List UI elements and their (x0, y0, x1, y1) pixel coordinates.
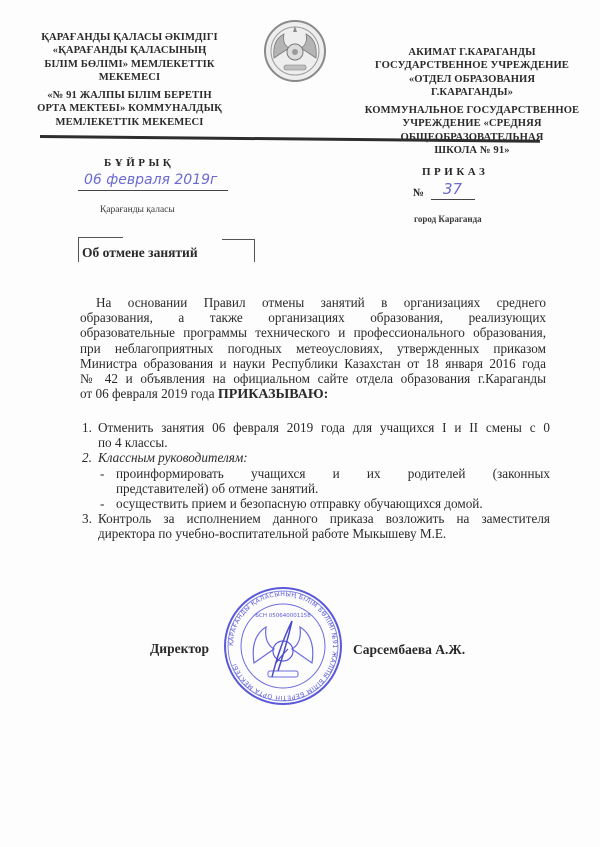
state-emblem-icon (262, 18, 328, 84)
order-keyword: ПРИКАЗЫВАЮ: (218, 387, 328, 402)
preamble-last-line: от 06 февраля 2019 года ПРИКАЗЫВАЮ: (80, 386, 546, 402)
order-subitem-2: - осуществить прием и безопасную отправк… (78, 496, 550, 511)
subject-corner-right (222, 239, 255, 262)
item-number: 3. (82, 511, 92, 526)
order-number-label: № (413, 187, 424, 199)
order-number-handwritten: 37 (443, 180, 462, 198)
preamble-line: образовательные программы технического и… (80, 325, 546, 340)
order-title-kz: БҰЙРЫҚ (104, 157, 174, 169)
preamble-line: образования, а также организациях образо… (80, 310, 546, 325)
subitem-line: осуществить прием и безопасную отправку … (116, 496, 483, 511)
order-number-line: 37 (431, 182, 475, 200)
header-line: ШКОЛА № 91» (362, 144, 582, 157)
order-title-ru: ПРИКАЗ (422, 166, 488, 178)
order-city-kz: Қарағанды қаласы (100, 205, 175, 215)
preamble-line: при неблагоприятных погодных метеоуслови… (80, 341, 546, 356)
subject-title: Об отмене занятий (82, 245, 198, 261)
header-line: УЧРЕЖДЕНИЕ «СРЕДНЯЯ (362, 117, 582, 130)
header-right-ru: АКИМАТ Г.КАРАГАНДЫ ГОСУДАРСТВЕННОЕ УЧРЕЖ… (362, 46, 582, 162)
item-number: 2. (82, 450, 92, 465)
header-line: ГОСУДАРСТВЕННОЕ УЧРЕЖДЕНИЕ (362, 59, 582, 72)
item-number: 1. (82, 420, 92, 435)
order-date-handwritten: 06 февраля 2019г (84, 172, 217, 188)
header-line: «№ 91 ЖАЛПЫ БІЛІМ БЕРЕТІН (22, 89, 237, 102)
preamble-line: На основании Правил отмены занятий в орг… (80, 295, 546, 310)
preamble-line: Министра образования и науки Республики … (80, 356, 546, 371)
header-right-block1: АКИМАТ Г.КАРАГАНДЫ ГОСУДАРСТВЕННОЕ УЧРЕЖ… (362, 46, 582, 99)
dash-bullet: - (100, 466, 104, 481)
item-label: Классным руководителям: (98, 450, 550, 465)
order-item-3: 3. Контроль за исполнением данного прика… (78, 511, 550, 541)
order-number: № 37 (413, 180, 523, 202)
stamp-bin: БСН 050640001158 (255, 613, 311, 619)
item-line: Отменить занятия 06 февраля 2019 года дл… (98, 420, 550, 435)
header-line: КОММУНАЛЬНОЕ ГОСУДАРСТВЕННОЕ (362, 104, 582, 117)
subitem-line: представителей) об отмене занятий. (116, 481, 318, 496)
header-line: Г.КАРАГАНДЫ» (362, 86, 582, 99)
header-line: «ОТДЕЛ ОБРАЗОВАНИЯ (362, 73, 582, 86)
preamble-line: от 06 февраля 2019 года (80, 386, 218, 401)
header-left-block1: ҚАРАҒАНДЫ ҚАЛАСЫ ӘКІМДІГІ «ҚАРАҒАНДЫ ҚАЛ… (22, 31, 237, 84)
dash-bullet: - (100, 496, 104, 511)
header-left-kz: ҚАРАҒАНДЫ ҚАЛАСЫ ӘКІМДІГІ «ҚАРАҒАНДЫ ҚАЛ… (22, 31, 237, 134)
header-line: «ҚАРАҒАНДЫ ҚАЛАСЫНЫҢ (22, 44, 237, 57)
signature-name: Сарсембаева А.Ж. (353, 642, 465, 658)
header-line: БІЛІМ БӨЛІМІ» МЕМЛЕКЕТТІК (22, 58, 237, 71)
order-item-2: 2. Классным руководителям: (78, 450, 550, 465)
preamble-line: № 42 и объявления на официальном сайте о… (80, 371, 546, 386)
item-line: Контроль за исполнением данного приказа … (98, 511, 550, 526)
header-left-block2: «№ 91 ЖАЛПЫ БІЛІМ БЕРЕТІН ОРТА МЕКТЕБІ» … (22, 89, 237, 129)
order-items: 1. Отменить занятия 06 февраля 2019 года… (78, 420, 550, 542)
preamble-paragraph: На основании Правил отмены занятий в орг… (80, 295, 546, 402)
signature-position: Директор (150, 641, 209, 657)
item-line: по 4 классы. (98, 435, 550, 450)
order-item-1: 1. Отменить занятия 06 февраля 2019 года… (78, 420, 550, 450)
subitem-line: проинформировать учащихся и их родителей… (116, 466, 550, 481)
order-date-line: 06 февраля 2019г (78, 172, 228, 191)
header-line: МЕМЛЕКЕТТІК МЕКЕМЕСІ (22, 116, 237, 129)
header-line: МЕКЕМЕСІ (22, 71, 237, 84)
school-seal-icon: ҚАРАҒАНДЫ ҚАЛАСЫНЫҢ БІЛІМ БӨЛІМІ №91 ЖАЛ… (222, 585, 344, 707)
item-line: директора по учебно-воспитательной работ… (98, 526, 550, 541)
stamp-text: ҚАРАҒАНДЫ ҚАЛАСЫНЫҢ БІЛІМ БӨЛІМІ №91 ЖАЛ… (228, 591, 338, 701)
order-subitem-1: - проинформировать учащихся и их родител… (78, 466, 550, 496)
svg-text:ҚАРАҒАНДЫ ҚАЛАСЫНЫҢ БІЛІМ БӨЛІ: ҚАРАҒАНДЫ ҚАЛАСЫНЫҢ БІЛІМ БӨЛІМІ №91 ЖАЛ… (228, 591, 338, 701)
header-line: ҚАРАҒАНДЫ ҚАЛАСЫ ӘКІМДІГІ (22, 31, 237, 44)
header-line: ОРТА МЕКТЕБІ» КОММУНАЛДЫҚ (22, 102, 237, 115)
header-line: АКИМАТ Г.КАРАГАНДЫ (362, 46, 582, 59)
order-city-ru: город Караганда (414, 214, 482, 224)
header-right-block2: КОММУНАЛЬНОЕ ГОСУДАРСТВЕННОЕ УЧРЕЖДЕНИЕ … (362, 104, 582, 157)
